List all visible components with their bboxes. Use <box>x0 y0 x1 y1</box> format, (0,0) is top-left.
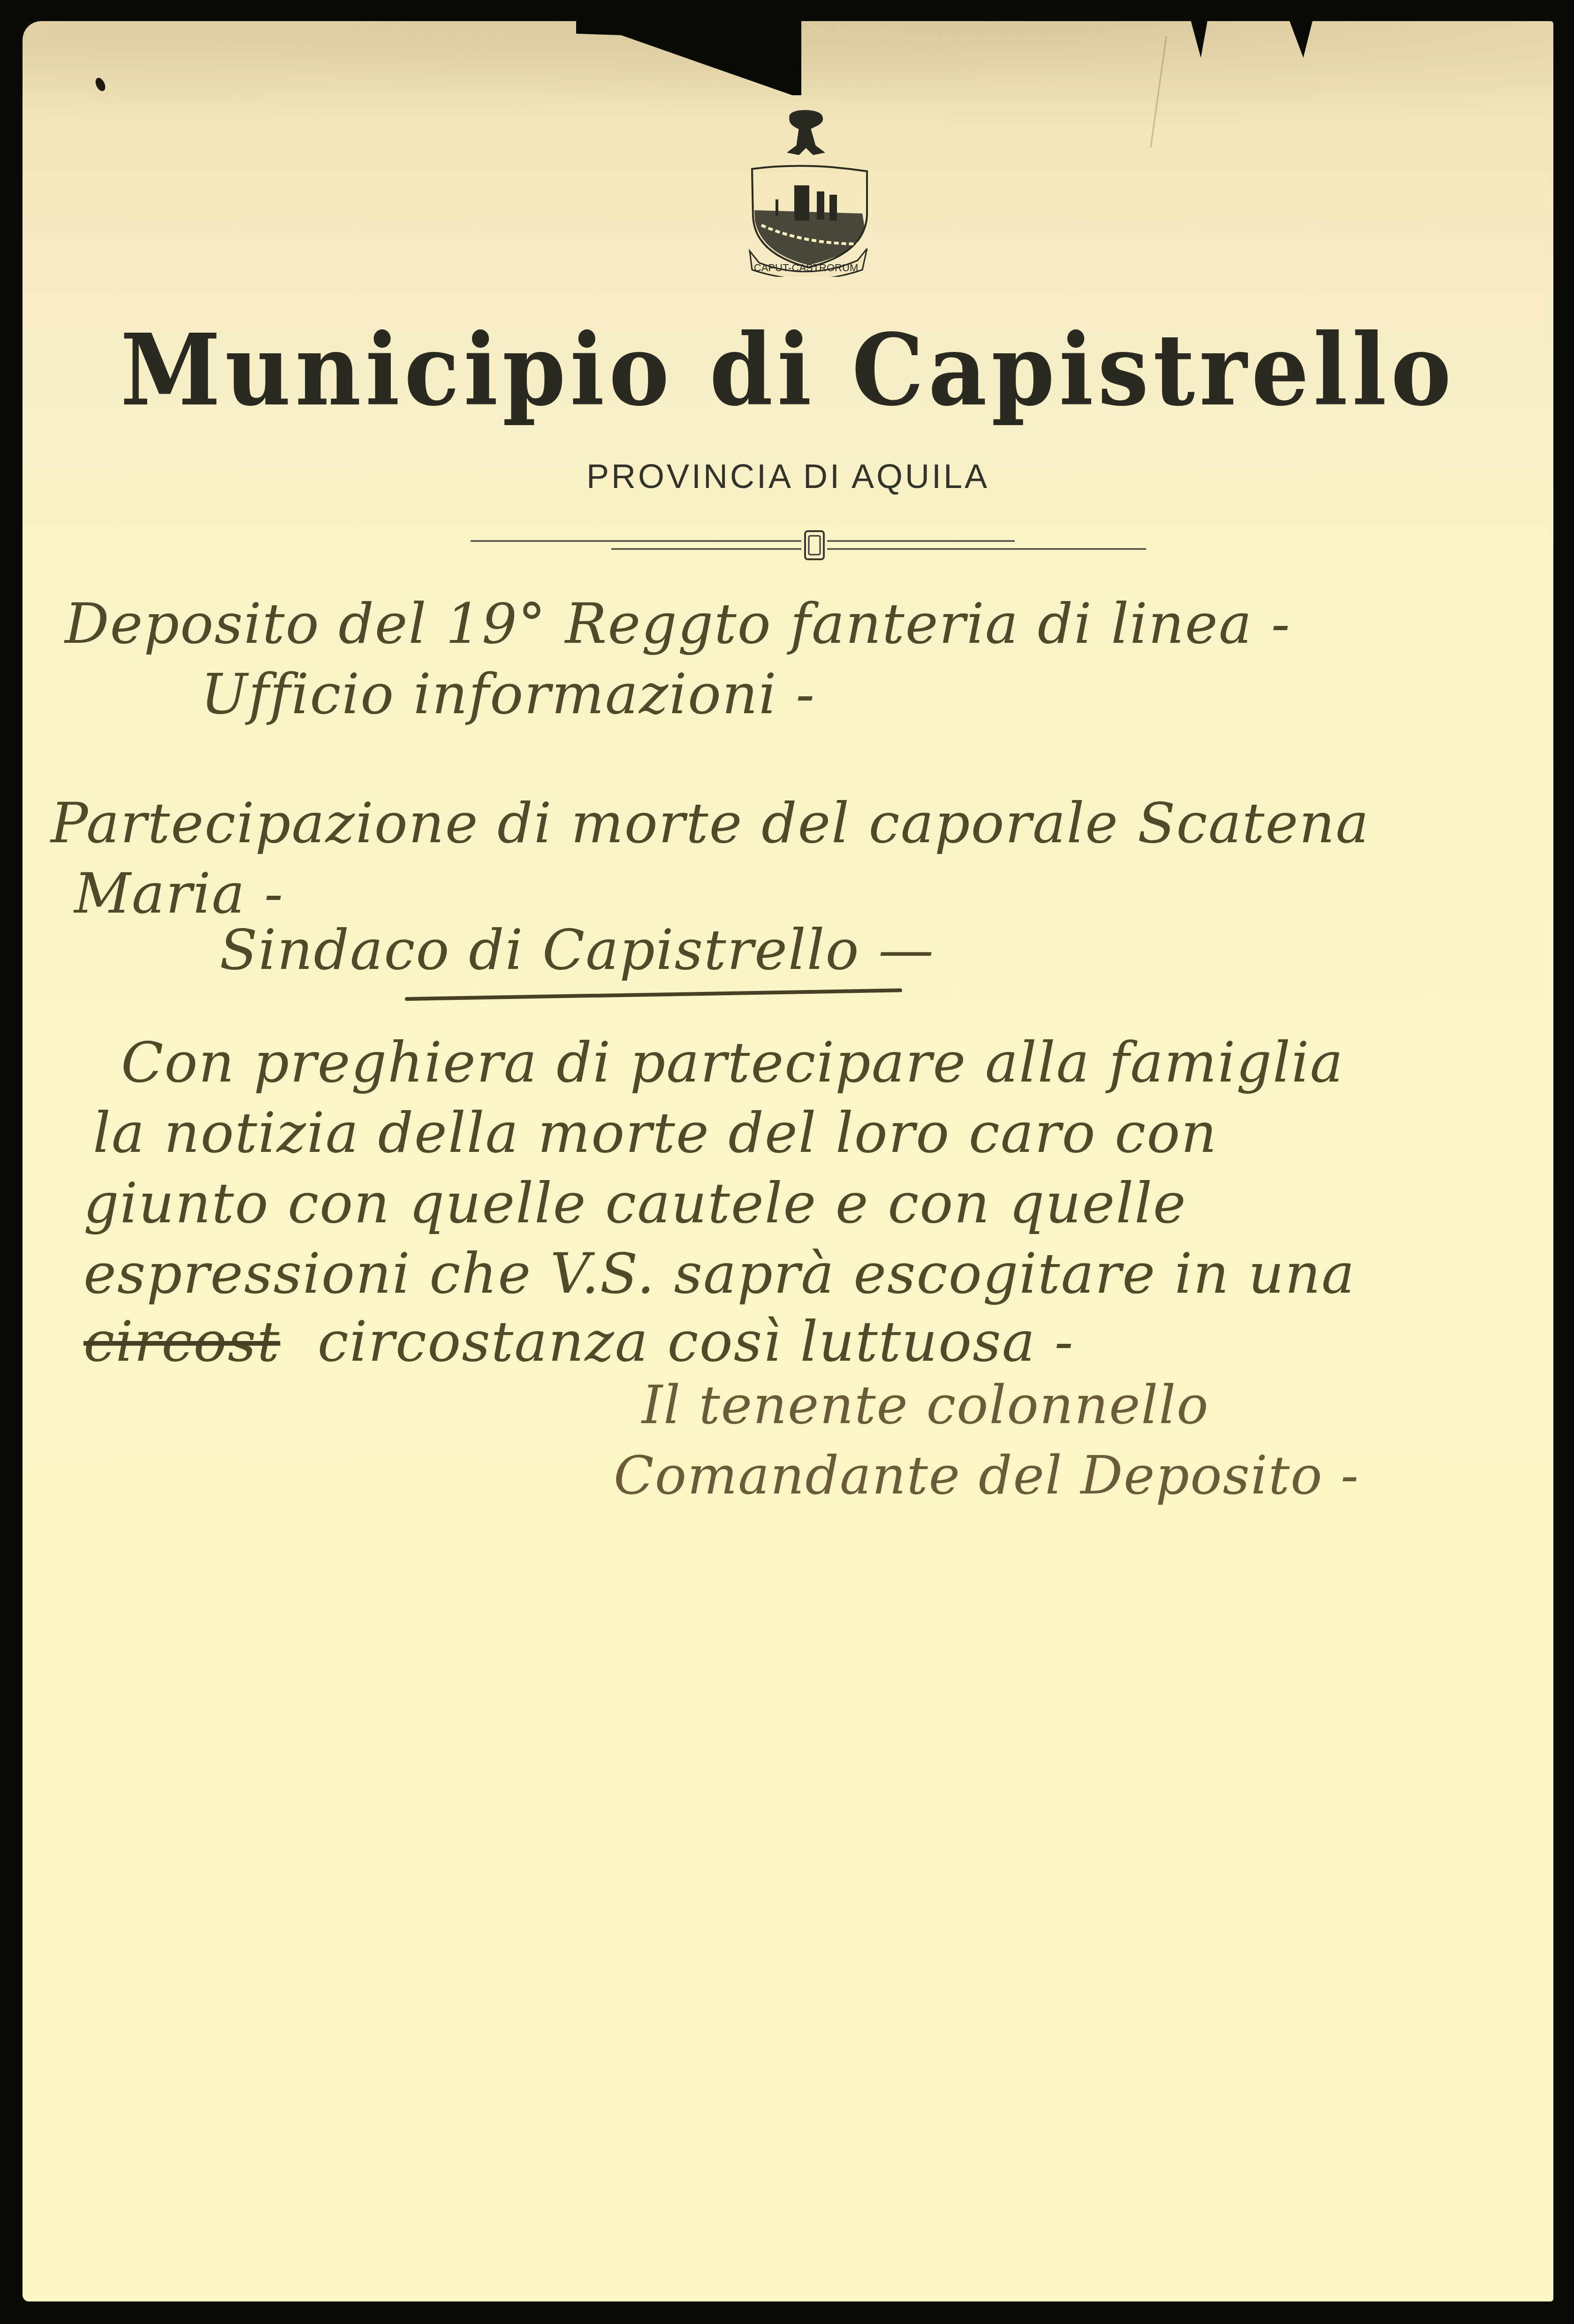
handwritten-rule <box>405 989 902 1001</box>
handwritten-line: espressioni che V.S. saprà escogitare in… <box>84 1241 1355 1306</box>
struck-word: circost <box>84 1309 280 1374</box>
svg-text:CAPUT-CASTRORUM: CAPUT-CASTRORUM <box>754 262 858 274</box>
letterhead-title: Municipio di Capistrello <box>84 312 1492 428</box>
ornamental-divider <box>471 526 1146 563</box>
handwritten-line: Partecipazione di morte del caporale Sca… <box>51 791 1369 855</box>
handwritten-line: giunto con quelle cautele e con quelle <box>84 1171 1186 1235</box>
handwritten-line: circost circostanza così luttuosa - <box>84 1309 1074 1374</box>
handwritten-line: Sindaco di Capistrello — <box>220 917 935 982</box>
handwritten-line: Deposito del 19° Reggto fanteria di line… <box>65 591 1291 656</box>
handwritten-text: circostanza così luttuosa - <box>318 1309 1074 1374</box>
handwritten-line: Ufficio informazioni - <box>201 662 815 726</box>
handwritten-line: la notizia della morte del loro caro con <box>93 1100 1217 1165</box>
signature-role: Comandante del Deposito - <box>614 1445 1360 1506</box>
letterhead-subtitle: PROVINCIA DI AQUILA <box>23 457 1553 496</box>
document-sheet: CAPUT-CASTRORUM Municipio di Capistrello… <box>23 21 1553 2301</box>
coat-of-arms-icon: CAPUT-CASTRORUM <box>733 108 879 277</box>
signature-title: Il tenente colonnello <box>642 1375 1209 1436</box>
handwritten-line: Con preghiera di partecipare alla famigl… <box>121 1030 1344 1095</box>
handwritten-line: Maria - <box>74 861 284 926</box>
